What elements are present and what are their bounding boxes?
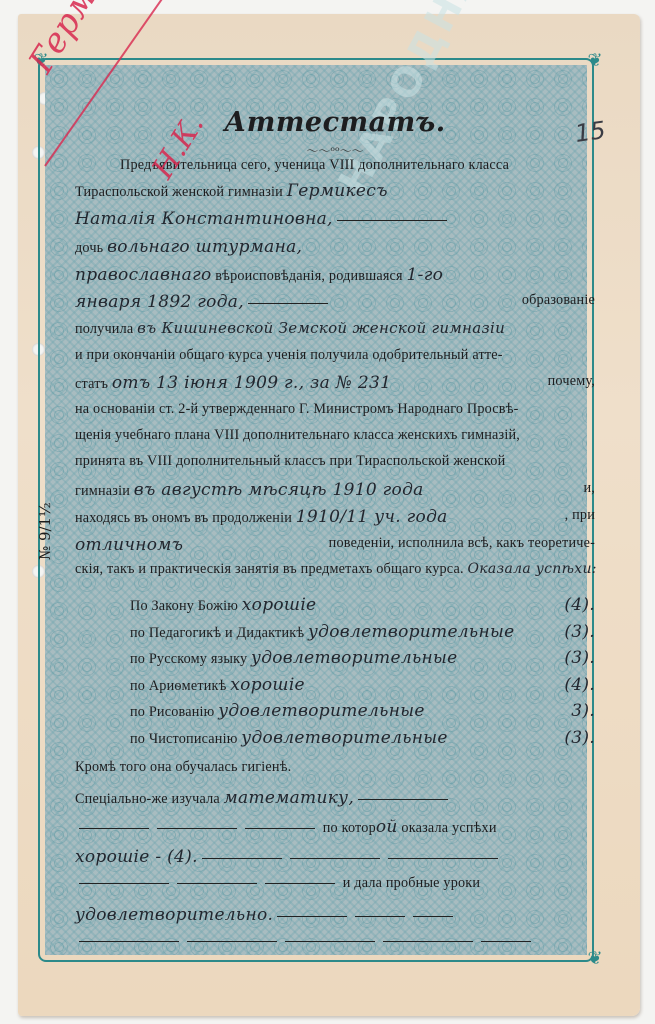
text-line: хорошіе - (4).	[75, 847, 595, 867]
fleur-corner-icon: ❦	[584, 948, 606, 970]
given-name-handwritten: Наталія Константиновна,	[75, 209, 333, 229]
text-line: по которой оказала успѣхи	[75, 817, 595, 837]
grade-row: по Педагогикѣ и Дидактикѣ удовлетворител…	[75, 622, 595, 642]
text-line: и дала пробные уроки	[75, 875, 595, 892]
text-line: находясь въ ономъ въ продолженіи 1910/11…	[75, 507, 595, 527]
text-line: принята въ VIII дополнительный классъ пр…	[75, 453, 595, 470]
text-line: отличномъповеденіи, исполнила всѣ, какъ …	[75, 535, 595, 555]
text-line: щенія учебнаго плана VIII дополнительнаг…	[75, 427, 595, 444]
text-line: гимназіи въ августѣ мѣсяцѣ 1910 годаи,	[75, 480, 595, 500]
hygiene-line: Кромѣ того она обучалась гигіенѣ.	[75, 759, 595, 776]
text-line: Наталія Константиновна,	[75, 209, 595, 229]
registry-number: № 9/1½	[36, 502, 54, 560]
text-line: получила въ Кишиневской Земской женской …	[75, 319, 595, 338]
text-line: дочь вольнаго штурмана,	[75, 237, 595, 257]
text-line: православнаго вѣроисповѣданія, родившаяс…	[75, 265, 595, 285]
text-line: статъ отъ 13 іюня 1909 г., за № 231почем…	[75, 373, 595, 393]
grade-row: по Рисованію удовлетворительные3).	[75, 701, 595, 721]
certificate-title: Аттестатъ.	[75, 107, 595, 138]
grade-row: По Закону Божію хорошіе(4).	[75, 595, 595, 615]
text-line: на основаніи ст. 2-й утвержденнаго Г. Ми…	[75, 401, 595, 418]
text-line: Тираспольской женской гимназіи Гермикесъ	[75, 181, 595, 201]
grade-row: по Ариѳметикѣ хорошіе(4).	[75, 675, 595, 695]
grade-row: по Чистописанію удовлетворительные(3).	[75, 728, 595, 748]
pencil-page-number: 15	[573, 116, 607, 148]
certificate-body: Аттестатъ. ～～ᵒᵒ～～ Предъявительница сего,…	[75, 95, 595, 159]
text-line: удовлетворительно.	[75, 905, 595, 925]
fleur-corner-icon: ❦	[584, 50, 606, 72]
text-line: января 1892 года,образованіе	[75, 292, 595, 312]
text-line: и при окончаніи общаго курса ученія полу…	[75, 347, 595, 364]
special-subject-line: Спеціально-же изучала математику,	[75, 788, 595, 808]
text-line	[75, 933, 595, 950]
surname-handwritten: Гермикесъ	[287, 181, 388, 201]
text-line: скія, такъ и практическія занятія въ пре…	[75, 561, 595, 578]
grade-row: по Русскому языку удовлетворительные(3).	[75, 648, 595, 668]
